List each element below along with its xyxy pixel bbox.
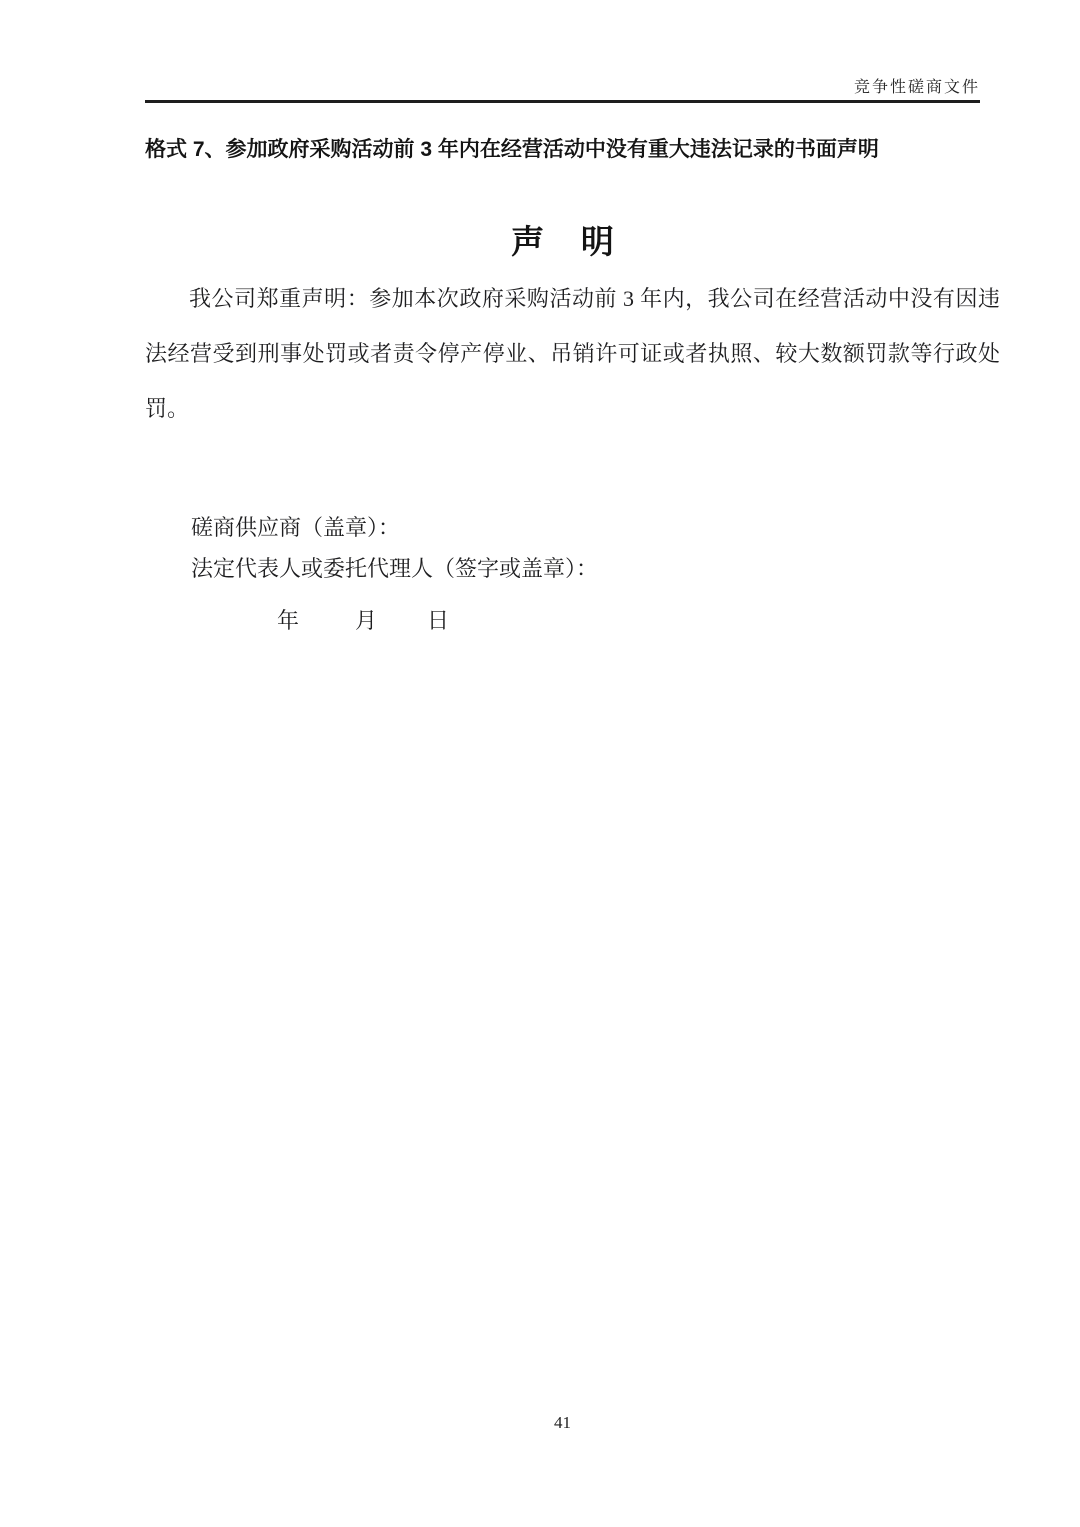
representative-signature-line: 法定代表人或委托代理人（签字或盖章）：	[191, 552, 598, 583]
format-title: 格式 7、参加政府采购活动前 3 年内在经营活动中没有重大违法记录的书面声明	[145, 136, 1000, 164]
page-number: 41	[145, 1413, 980, 1433]
date-day-label: 日	[427, 608, 449, 633]
date-year-label: 年	[277, 608, 299, 633]
declaration-paragraph: 我公司郑重声明：参加本次政府采购活动前 3 年内，我公司在经营活动中没有因违法经…	[145, 271, 1000, 436]
declaration-heading: 声 明	[145, 216, 980, 263]
date-line: 年月日	[277, 604, 449, 635]
supplier-signature-line: 磋商供应商（盖章）：	[191, 511, 400, 542]
document-page: 竞争性磋商文件 格式 7、参加政府采购活动前 3 年内在经营活动中没有重大违法记…	[0, 0, 1080, 1527]
date-month-label: 月	[355, 608, 377, 633]
header-divider-rule	[145, 100, 980, 103]
page-header-label: 竞争性磋商文件	[145, 74, 980, 97]
declaration-body: 我公司郑重声明：参加本次政府采购活动前 3 年内，我公司在经营活动中没有因违法经…	[145, 271, 1000, 436]
